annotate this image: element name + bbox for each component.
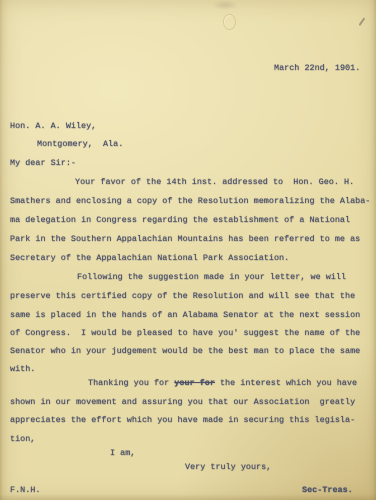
body-line: Senator who in your judgement would be t… <box>10 346 360 356</box>
recipient-city-line: Montgomery, Ala. <box>37 139 123 149</box>
paper-emboss-mark <box>223 14 236 30</box>
valediction: Very truly yours, <box>185 462 271 472</box>
body-line: with. <box>10 364 35 374</box>
paper-smudge-mark <box>212 0 238 10</box>
signature-title: Sec-Treas. <box>302 485 353 495</box>
paper-crease-mark <box>359 17 365 25</box>
typist-initials: F.N.H. <box>10 485 40 495</box>
closing-i-am: I am, <box>110 448 135 458</box>
body-line: of Congress. I would be pleased to have … <box>10 328 360 338</box>
body-line: Park in the Southern Appalachian Mountai… <box>10 234 360 244</box>
body-text: the interest which you have <box>215 378 357 388</box>
body-line: same is placed in the hands of an Alabam… <box>10 310 360 320</box>
body-line: shown in our movement and assuring you t… <box>10 397 355 407</box>
letter-paper: March 22nd, 1901. Hon. A. A. Wiley, Mont… <box>0 0 376 500</box>
recipient-name-line: Hon. A. A. Wiley, <box>10 121 96 131</box>
body-line: ma delegation in Congress regarding the … <box>10 215 350 225</box>
body-line: tion, <box>10 434 35 444</box>
salutation: My dear Sir:- <box>10 158 76 168</box>
body-text: Thanking you for <box>88 378 174 388</box>
body-line: Smathers and enclosing a copy of the Res… <box>10 196 370 206</box>
body-line: Secretary of the Appalachian National Pa… <box>10 253 289 263</box>
body-line: preserve this certified copy of the Reso… <box>10 291 355 301</box>
body-line: Thanking you for your for the interest w… <box>88 378 357 388</box>
body-line: appreciates the effort which you have ma… <box>10 415 355 425</box>
body-line: Following the suggestion made in your le… <box>77 272 346 282</box>
body-line: Your favor of the 14th inst. addressed t… <box>75 177 354 187</box>
strikethrough-text: your for <box>174 378 215 388</box>
date-line: March 22nd, 1901. <box>274 63 360 73</box>
